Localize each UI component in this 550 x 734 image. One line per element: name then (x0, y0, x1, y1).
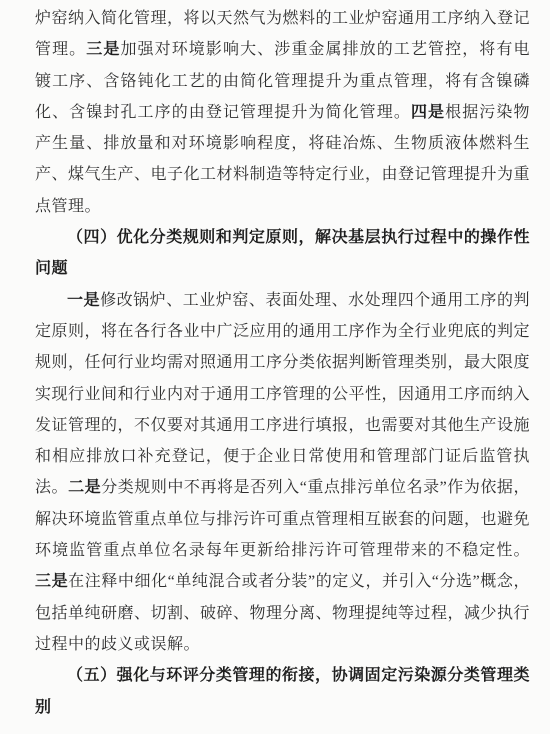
section-heading: （五）强化与环评分类管理的衔接，协调固定污染源分类管理类别 (35, 660, 530, 723)
emphasis-run: 二是 (68, 479, 101, 496)
text-run: 修改锅炉、工业炉窑、表面处理、水处理四个通用工序的判定原则，将在各行各业中广泛应… (35, 292, 530, 497)
document-page: 炉窑纳入简化管理，将以天然气为燃料的工业炉窑通用工序纳入登记管理。三是加强对环境… (0, 0, 550, 734)
paragraph: 一是修改锅炉、工业炉窑、表面处理、水处理四个通用工序的判定原则，将在各行各业中广… (35, 285, 530, 661)
text-run: 分类规则中不再将是否列入“重点排污单位名录”作为依据，解决环境监管重点单位与排污… (35, 479, 530, 559)
emphasis-run: （四）优化分类规则和判定原则，解决基层执行过程中的操作性问题 (35, 229, 530, 277)
text-run: 在注释中细化“单纯混合或者分装”的定义，并引入“分选”概念，包括单纯研磨、切割、… (35, 573, 530, 653)
paragraph: 炉窑纳入简化管理，将以天然气为燃料的工业炉窑通用工序纳入登记管理。三是加强对环境… (35, 3, 530, 222)
emphasis-run: 三是 (35, 573, 68, 590)
emphasis-run: （五）强化与环评分类管理的衔接，协调固定污染源分类管理类别 (35, 667, 530, 715)
emphasis-run: 一是 (67, 292, 100, 309)
emphasis-run: 三是 (86, 41, 120, 58)
emphasis-run: 四是 (411, 104, 445, 121)
document-body: 炉窑纳入简化管理，将以天然气为燃料的工业炉窑通用工序纳入登记管理。三是加强对环境… (35, 3, 530, 723)
section-heading: （四）优化分类规则和判定原则，解决基层执行过程中的操作性问题 (35, 222, 530, 285)
